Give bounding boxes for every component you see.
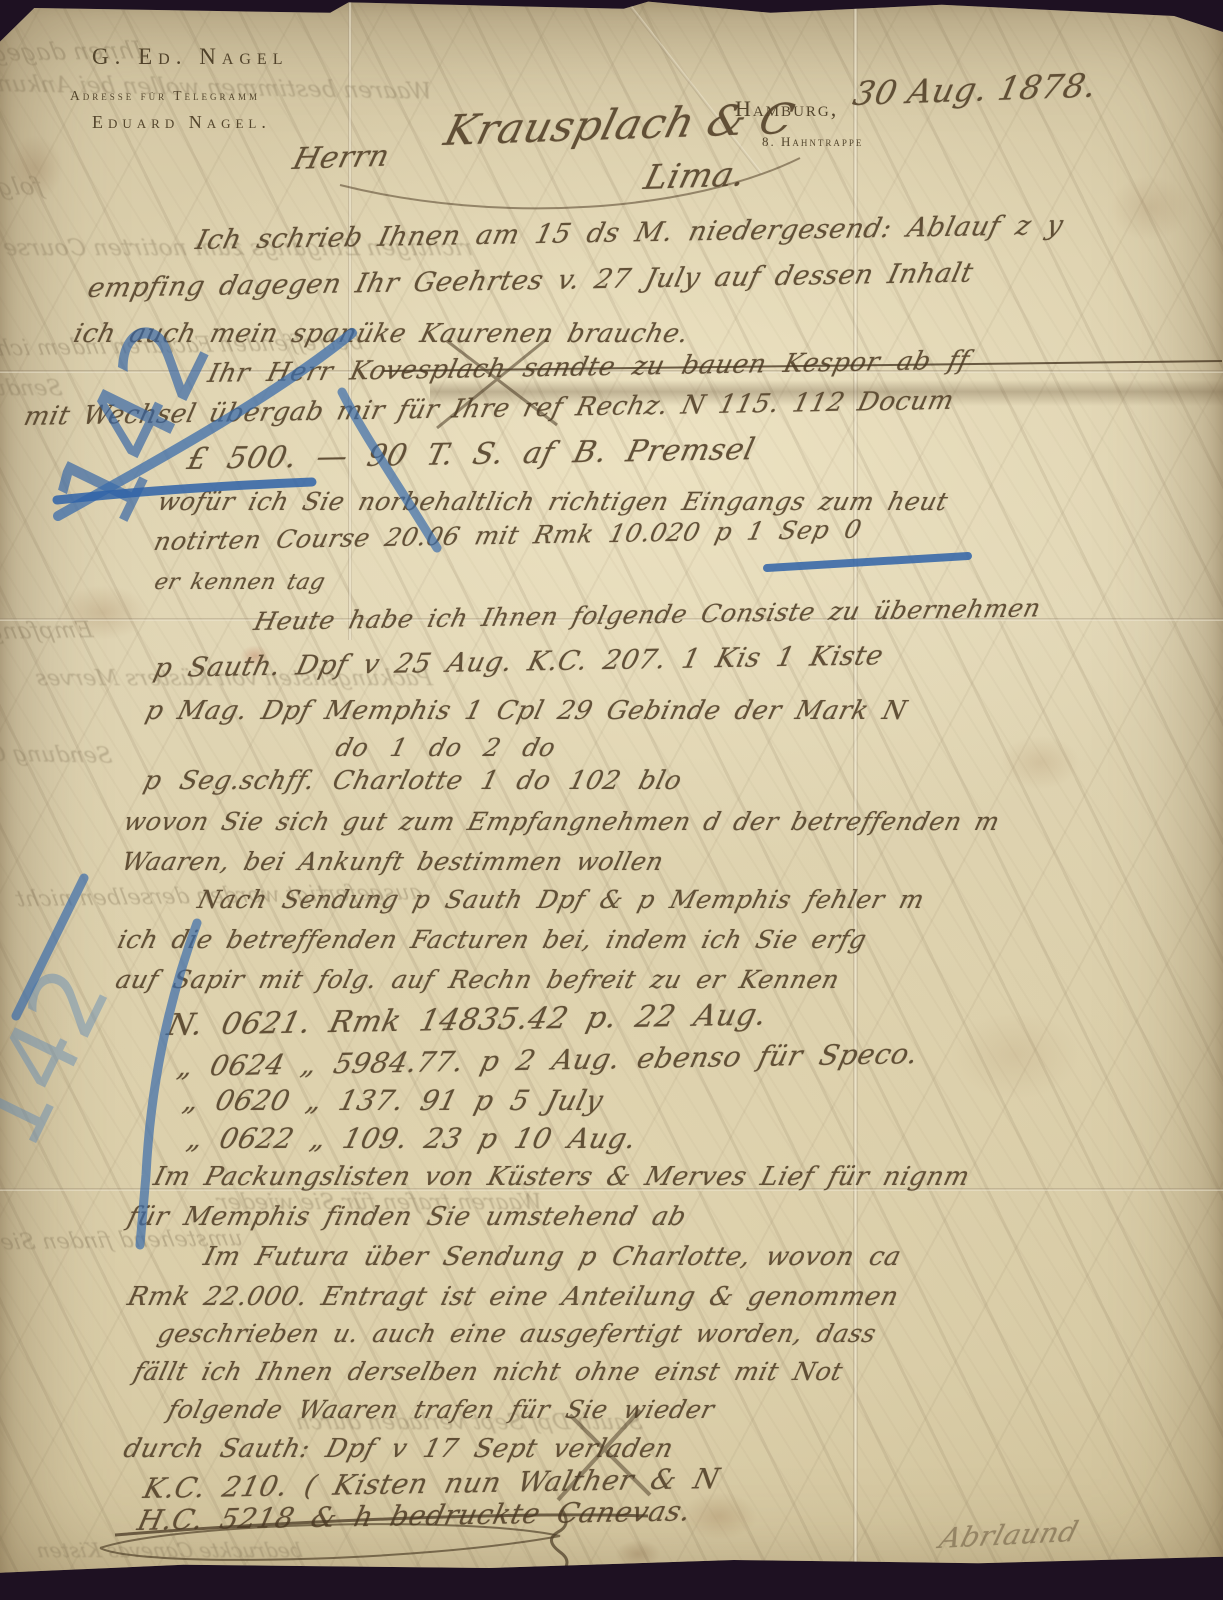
- letterhead-telegram-name: Eduard Nagel.: [92, 112, 271, 133]
- handwritten-line: „ 0620 „ 137. 91 p 5 July: [180, 1084, 607, 1117]
- handwritten-line: Heute habe ich Ihnen folgende Consiste z…: [251, 593, 1044, 636]
- handwritten-line: Im Packungslisten von Küsters & Merves L…: [151, 1162, 973, 1192]
- show-through-line: bedruckte Canevas Kisten: [34, 1538, 304, 1562]
- crayon-142-text: 142: [0, 950, 132, 1164]
- handwritten-line: wovon Sie sich gut zum Empfangnehmen d d…: [121, 807, 1003, 836]
- handwritten-line: wofür ich Sie norbehaltlich richtigen Ei…: [155, 487, 951, 516]
- recipient-city: Lima.: [640, 155, 750, 198]
- handwritten-line: Ich schrieb Ihnen am 15 ds M. niedergese…: [193, 210, 1067, 256]
- show-through-line: Empfangnehmen der betreffenden Waaren: [0, 617, 95, 652]
- show-through-line: Sendung Memphis fehlen die betreffenden: [0, 376, 64, 401]
- handwritten-line: auf Sapir mit folg. auf Rechn befreit zu…: [113, 965, 843, 994]
- handwritten-line: geschrieben u. auch eine ausgefertigt wo…: [155, 1319, 880, 1348]
- handwritten-line: folgende Waaren trafen für Sie wieder: [165, 1395, 718, 1424]
- corner-crease: [600, 0, 762, 175]
- show-through-line: Sendung Charlotte wovon Anteilung: [0, 737, 114, 769]
- signature: Abrlaund: [936, 1515, 1082, 1555]
- handwritten-line: „ 0624 „ 5984.77. p 2 Aug. ebenso für Sp…: [174, 1037, 921, 1083]
- crayon-142-mark-light: 142: [0, 950, 132, 1164]
- handwritten-date: 30 Aug. 1878.: [850, 66, 1101, 113]
- recipient-salutation: Herrn: [289, 139, 393, 177]
- handwritten-line: ich auch mein spanüke Kaurenen brauche.: [71, 319, 692, 349]
- handwritten-line: p Sauth. Dpf v 25 Aug. K.C. 207. 1 Kis 1…: [151, 640, 887, 684]
- handwritten-line: p Seg.schff. Charlotte 1 do 102 blo: [141, 766, 685, 796]
- recipient-name: Krausplach & C: [440, 94, 800, 155]
- handwritten-line: ich die betreffenden Facturen bei, indem…: [115, 925, 870, 954]
- handwritten-line: durch Sauth: Dpf v 17 Sept verladen: [121, 1434, 677, 1464]
- show-through-line: folgende Consiste habe ich Ihnen heute: [0, 172, 45, 208]
- handwritten-line: N. 0621. Rmk 14835.42 p. 22 Aug.: [164, 998, 771, 1043]
- handwritten-line: fällt ich Ihnen derselben nicht ohne ein…: [131, 1357, 846, 1386]
- handwritten-line: empfing dagegen Ihr Geehrtes v. 27 July …: [85, 258, 976, 304]
- handwritten-line: für Memphis finden Sie umstehend ab: [125, 1202, 690, 1232]
- handwritten-line: notirten Course 20.06 mit Rmk 10.020 p 1…: [151, 515, 864, 556]
- show-through-line: Waaren bestimmen wollen bei Ankunft: [0, 71, 434, 105]
- handwritten-line: mit Wechsel übergab mir für Ihre ref Rec…: [21, 386, 957, 432]
- handwritten-line: Im Futura über Sendung p Charlotte, wovo…: [201, 1242, 905, 1272]
- letter-paper: G. Ed. Nagel Adresse für Telegramm Eduar…: [0, 0, 1223, 1600]
- handwritten-line: Waaren, bei Ankunft bestimmen wollen: [119, 847, 667, 876]
- handwritten-line: Nach Sendung p Sauth Dpf & p Memphis feh…: [195, 885, 928, 914]
- handwritten-line: p Mag. Dpf Memphis 1 Cpl 29 Gebinde der …: [143, 696, 911, 726]
- handwritten-line: do 1 do 2 do: [333, 733, 559, 762]
- handwritten-line: „ 0622 „ 109. 23 p 10 Aug.: [184, 1122, 640, 1155]
- handwritten-line: £ 500. — 90 T. S. af B. Premsel: [184, 432, 759, 477]
- handwritten-line: Rmk 22.000. Entragt ist eine Anteilung &…: [125, 1282, 902, 1312]
- letter-scan: G. Ed. Nagel Adresse für Telegramm Eduar…: [0, 0, 1223, 1600]
- handwritten-line: er kennen tag: [152, 570, 328, 595]
- crayon-underline: [767, 556, 968, 568]
